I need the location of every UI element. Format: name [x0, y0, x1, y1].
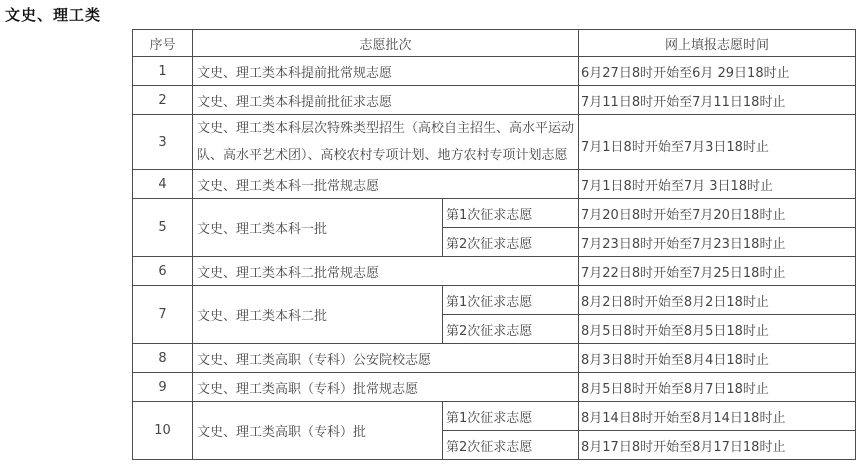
batch-cell: 文史、理工类高职（专科）公安院校志愿 [193, 344, 579, 373]
seq-cell: 2 [133, 86, 193, 115]
seq-cell: 4 [133, 170, 193, 199]
table-header-row: 序号 志愿批次 网上填报志愿时间 [133, 30, 856, 57]
sub-batch-cell: 第2次征求志愿 [443, 228, 579, 257]
table-row: 10 文史、理工类高职（专科）批 第1次征求志愿 8月14日8时开始至8月14日… [133, 402, 856, 431]
seq-cell: 5 [133, 199, 193, 257]
header-seq: 序号 [133, 30, 193, 57]
time-cell: 7月22日8时开始至7月25日18时止 [579, 257, 856, 286]
table-row: 8 文史、理工类高职（专科）公安院校志愿 8月3日8时开始至8月4日18时止 [133, 344, 856, 373]
batch-cell: 文史、理工类本科二批常规志愿 [193, 257, 579, 286]
seq-cell: 8 [133, 344, 193, 373]
batch-cell: 文史、理工类本科一批 [193, 199, 443, 257]
table-row: 5 文史、理工类本科一批 第1次征求志愿 7月20日8时开始至7月20日18时止 [133, 199, 856, 228]
time-cell: 8月2日8时开始至8月2日18时止 [579, 286, 856, 315]
table-row: 4 文史、理工类本科一批常规志愿 7月1日8时开始至7月 3日18时止 [133, 170, 856, 199]
seq-cell: 7 [133, 286, 193, 344]
seq-cell: 3 [133, 115, 193, 170]
time-cell: 7月23日8时开始至7月23日18时止 [579, 228, 856, 257]
sub-batch-cell: 第1次征求志愿 [443, 402, 579, 431]
table-row: 2 文史、理工类本科提前批征求志愿 7月11日8时开始至7月11日18时止 [133, 86, 856, 115]
time-cell: 8月5日8时开始至8月7日18时止 [579, 373, 856, 402]
seq-cell: 10 [133, 402, 193, 460]
sub-batch-cell: 第1次征求志愿 [443, 286, 579, 315]
table-row: 1 文史、理工类本科提前批常规志愿 6月27日8时开始至6月 29日18时止 [133, 57, 856, 86]
time-cell: 7月11日8时开始至7月11日18时止 [579, 86, 856, 115]
table-row: 3 文史、理工类本科层次特殊类型招生（高校自主招生、高水平运动队、高水平艺术团）… [133, 115, 856, 170]
batch-cell: 文史、理工类高职（专科）批常规志愿 [193, 373, 579, 402]
time-cell: 8月17日8时开始至8月17日18时止 [579, 431, 856, 460]
header-time: 网上填报志愿时间 [579, 30, 856, 57]
time-cell: 6月27日8时开始至6月 29日18时止 [579, 57, 856, 86]
time-cell: 7月1日8时开始至7月 3日18时止 [579, 170, 856, 199]
batch-cell: 文史、理工类本科提前批常规志愿 [193, 57, 579, 86]
time-cell: 7月20日8时开始至7月20日18时止 [579, 199, 856, 228]
time-cell: 7月1日8时开始至7月3日18时止 [579, 115, 856, 170]
batch-cell: 文史、理工类本科二批 [193, 286, 443, 344]
seq-cell: 6 [133, 257, 193, 286]
batch-cell: 文史、理工类本科层次特殊类型招生（高校自主招生、高水平运动队、高水平艺术团）、高… [193, 115, 579, 170]
sub-batch-cell: 第1次征求志愿 [443, 199, 579, 228]
header-batch: 志愿批次 [193, 30, 579, 57]
time-cell: 8月14日8时开始至8月14日18时止 [579, 402, 856, 431]
seq-cell: 1 [133, 57, 193, 86]
time-cell: 8月5日8时开始至8月5日18时止 [579, 315, 856, 344]
time-cell: 8月3日8时开始至8月4日18时止 [579, 344, 856, 373]
table-row: 6 文史、理工类本科二批常规志愿 7月22日8时开始至7月25日18时止 [133, 257, 856, 286]
batch-cell: 文史、理工类本科一批常规志愿 [193, 170, 579, 199]
sub-batch-cell: 第2次征求志愿 [443, 315, 579, 344]
page-title: 文史、理工类 [5, 4, 101, 25]
table-row: 7 文史、理工类本科二批 第1次征求志愿 8月2日8时开始至8月2日18时止 [133, 286, 856, 315]
sub-batch-cell: 第2次征求志愿 [443, 431, 579, 460]
volunteer-schedule-table: 序号 志愿批次 网上填报志愿时间 1 文史、理工类本科提前批常规志愿 6月27日… [132, 29, 856, 460]
seq-cell: 9 [133, 373, 193, 402]
batch-cell: 文史、理工类高职（专科）批 [193, 402, 443, 460]
table-row: 9 文史、理工类高职（专科）批常规志愿 8月5日8时开始至8月7日18时止 [133, 373, 856, 402]
batch-cell: 文史、理工类本科提前批征求志愿 [193, 86, 579, 115]
